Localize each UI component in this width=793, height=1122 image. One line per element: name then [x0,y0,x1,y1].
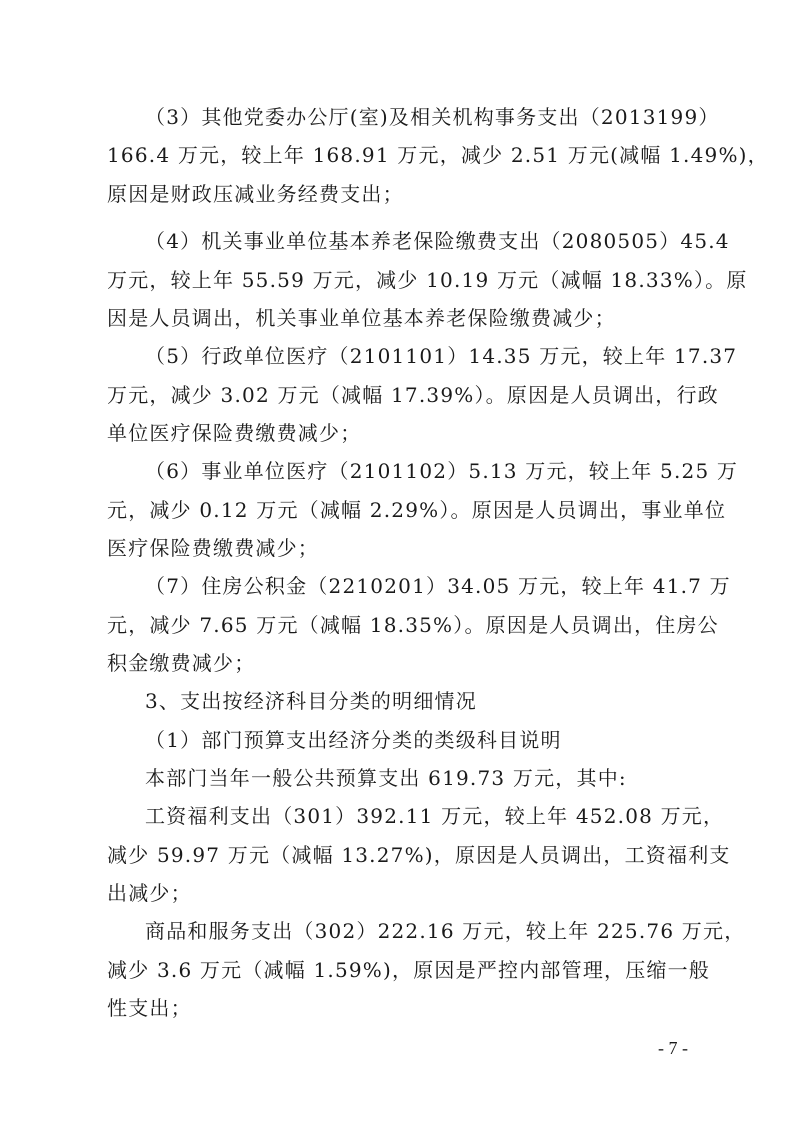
paragraph-line: 性支出； [107,989,697,1027]
paragraph-line: 减少 59.97 万元（减幅 13.27%)，原因是人员调出，工资福利支 [107,836,697,874]
section-heading: 3、支出按经济科目分类的明细情况 [145,682,697,720]
paragraph-line: 万元，较上年 55.59 万元，减少 10.19 万元（减幅 18.33%）。原 [107,261,697,299]
subsection-heading: （1）部门预算支出经济分类的类级科目说明 [145,721,697,759]
paragraph-line: （3）其他党委办公厅(室)及相关机构事务支出（2013199） [145,98,697,136]
paragraph-line: 工资福利支出（301）392.11 万元，较上年 452.08 万元， [145,797,697,835]
paragraph-line: 积金缴费减少； [107,644,697,682]
paragraph-line: 商品和服务支出（302）222.16 万元，较上年 225.76 万元， [145,912,697,950]
paragraph-line: 减少 3.6 万元（减幅 1.59%)，原因是严控内部管理，压缩一般 [107,951,697,989]
paragraph-line: 出减少； [107,874,697,912]
paragraph-line: （4）机关事业单位基本养老保险缴费支出（2080505）45.4 [145,222,697,260]
paragraph-line: （5）行政单位医疗（2101101）14.35 万元，较上年 17.37 [145,337,697,375]
paragraph-line: （6）事业单位医疗（2101102）5.13 万元，较上年 5.25 万 [145,452,697,490]
paragraph-line: 万元，减少 3.02 万元（减幅 17.39%）。原因是人员调出，行政 [107,376,697,414]
page-number: - 7 - [658,1037,688,1059]
paragraph-line: 元，减少 0.12 万元（减幅 2.29%）。原因是人员调出，事业单位 [107,491,697,529]
paragraph-line: 原因是财政压减业务经费支出； [107,175,697,213]
paragraph-line: 元，减少 7.65 万元（减幅 18.35%）。原因是人员调出，住房公 [107,606,697,644]
document-page: （3）其他党委办公厅(室)及相关机构事务支出（2013199） 166.4 万元… [0,0,793,1122]
paragraph-line: 本部门当年一般公共预算支出 619.73 万元，其中: [145,759,697,797]
paragraph-line: 因是人员调出，机关事业单位基本养老保险缴费减少； [107,299,697,337]
paragraph-line: 医疗保险费缴费减少； [107,529,697,567]
paragraph-line: 166.4 万元，较上年 168.91 万元，减少 2.51 万元(减幅 1.4… [107,136,697,174]
paragraph-line: （7）住房公积金（2210201）34.05 万元，较上年 41.7 万 [145,567,697,605]
paragraph-line: 单位医疗保险费缴费减少； [107,414,697,452]
